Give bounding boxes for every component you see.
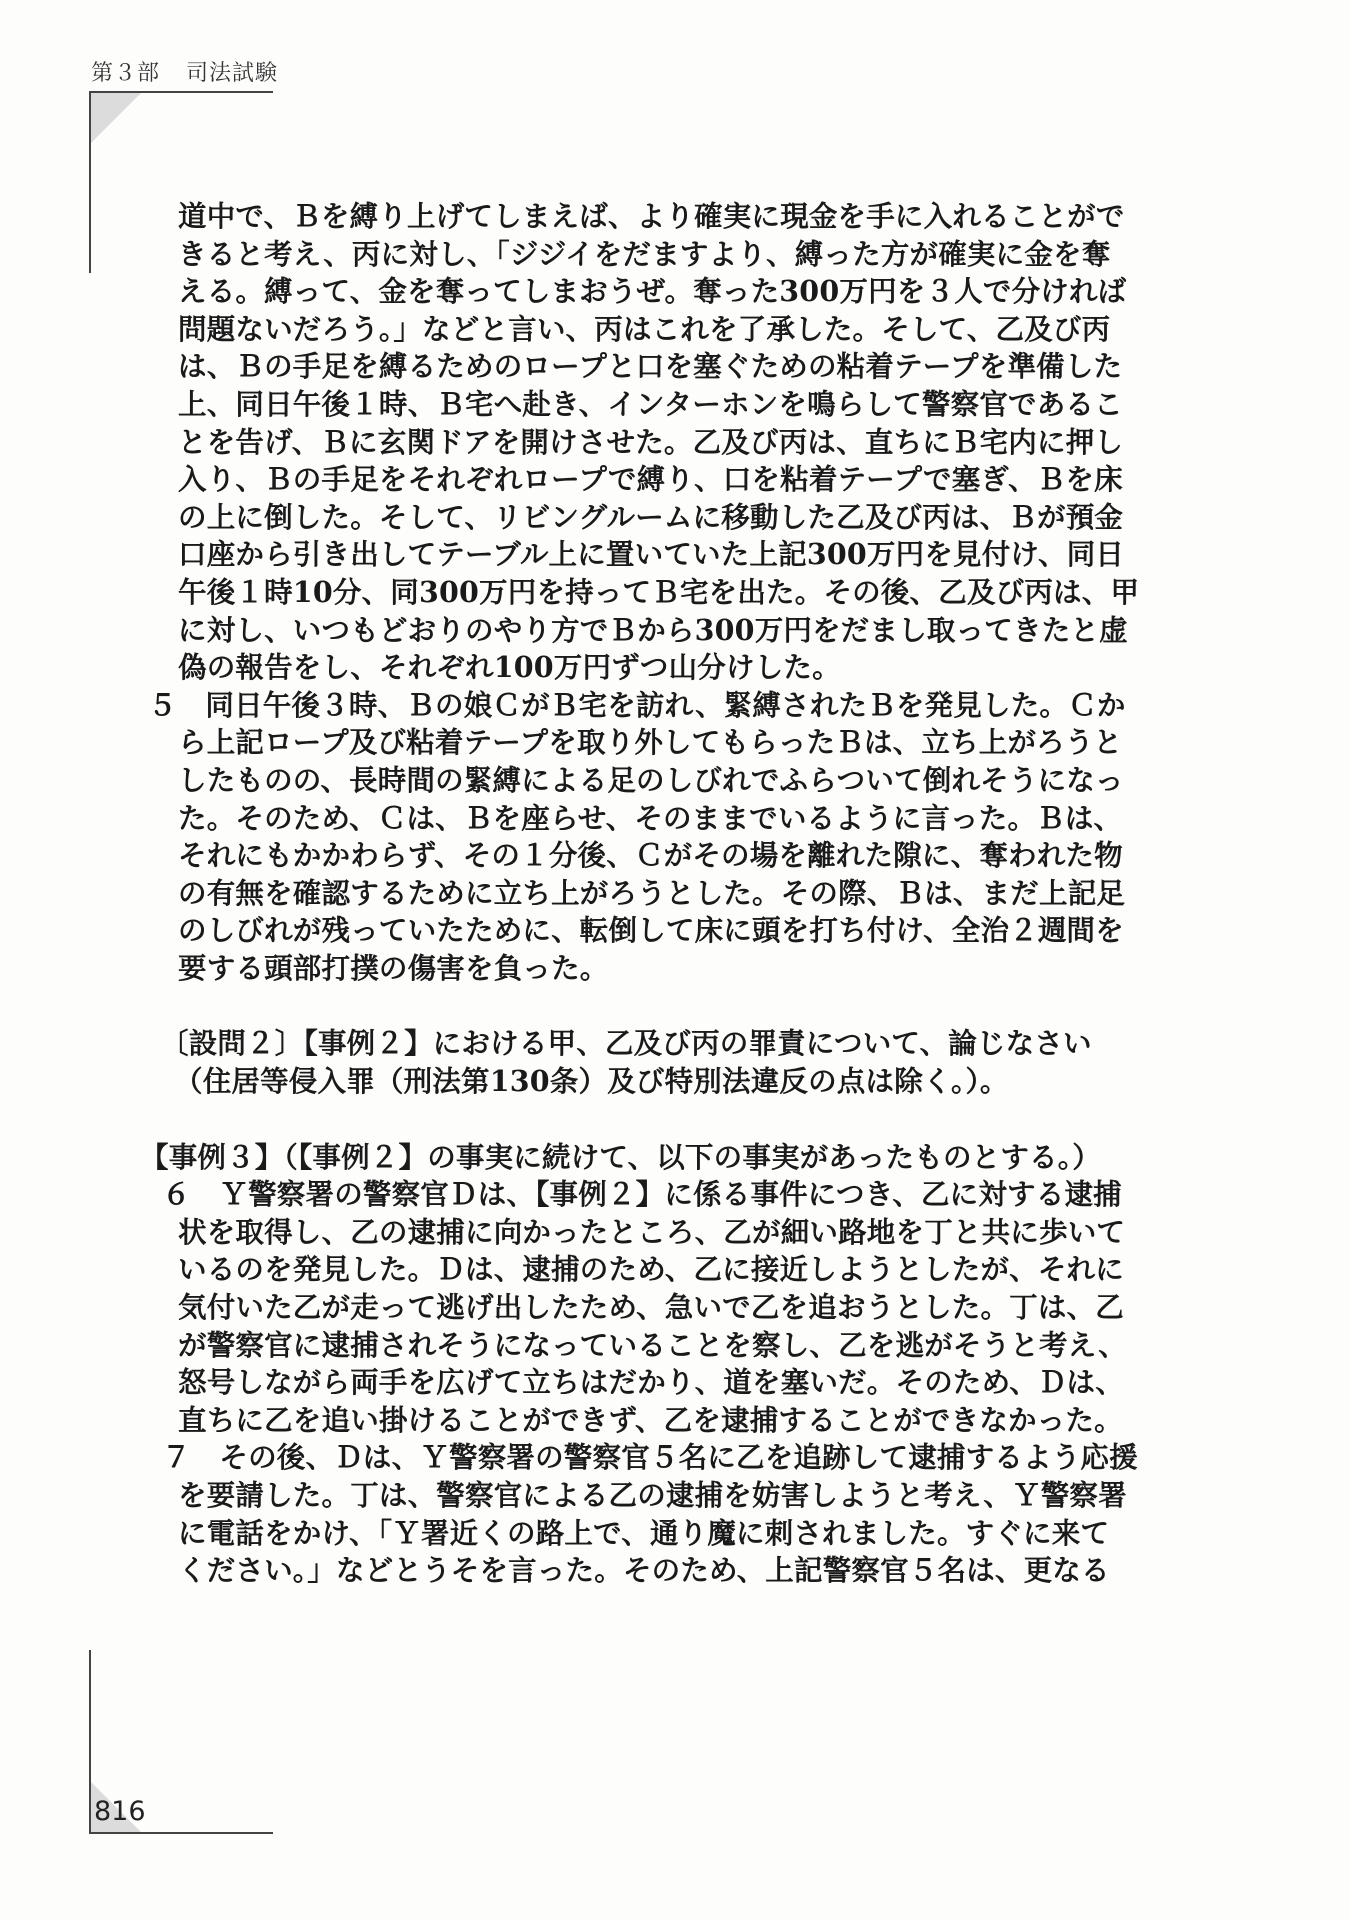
- text-line: は、Ｂの手足を縛るためのロープと口を塞ぐための粘着テープを準備した: [178, 348, 1118, 386]
- text-line: したものの、長時間の緊縛による足のしびれでふらついて倒れそうになっ: [178, 762, 1118, 800]
- corner-triangle-top: [91, 93, 141, 143]
- text-line: 上、同日午後１時、Ｂ宅へ赴き、インターホンを鳴らして警察官であるこ: [178, 386, 1118, 424]
- paragraph-4-continued: 道中で、Ｂを縛り上げてしまえば、より確実に現金を手に入れることがで きると考え、…: [178, 198, 1118, 687]
- text-span: 同日午後３時、Ｂの娘ＣがＢ宅を訪れ、緊縛されたＢを発見した。Ｃか: [205, 688, 1125, 722]
- text-span: 【事例２】における甲、乙及び丙の罪責について、論じなさい: [304, 1026, 1092, 1060]
- text-line: ７ その後、Ｄは、Ｙ警察署の警察官５名に乙を追跡して逮捕するよう応援: [162, 1439, 1118, 1477]
- text-line: の有無を確認するために立ち上がろうとした。その際、Ｂは、まだ上記足: [178, 875, 1118, 913]
- text-line: 午後１時10分、同300万円を持ってＢ宅を出た。その後、乙及び丙は、甲: [178, 574, 1118, 612]
- paragraph-number: ７: [162, 1440, 191, 1474]
- text-line: に電話をかけ、「Ｙ署近くの路上で、通り魔に刺されました。すぐに来て: [178, 1515, 1118, 1553]
- text-line: ６ Ｙ警察署の警察官Ｄは、【事例２】に係る事件につき、乙に対する逮捕: [162, 1176, 1118, 1214]
- footer-rule: [89, 1832, 273, 1834]
- text-line: とを告げ、Ｂに玄関ドアを開けさせた。乙及び丙は、直ちにＢ宅内に押し: [178, 424, 1118, 462]
- section-title: 司法試験: [186, 61, 278, 86]
- text-line: た。そのため、Ｃは、Ｂを座らせ、そのままでいるように言った。Ｂは、: [178, 800, 1118, 838]
- text-line: 状を取得し、乙の逮捕に向かったところ、乙が細い路地を丁と共に歩いて: [178, 1214, 1118, 1252]
- part-label: 第３部: [91, 61, 160, 86]
- question-2: 〔設問２〕【事例２】における甲、乙及び丙の罪責について、論じなさい （住居等侵入…: [178, 1025, 1118, 1100]
- text-line: 怒号しながら両手を広げて立ちはだかり、道を塞いだ。そのため、Ｄは、: [178, 1364, 1118, 1402]
- text-line: 〔設問２〕【事例２】における甲、乙及び丙の罪責について、論じなさい: [160, 1025, 1118, 1063]
- text-line: が警察官に逮捕されそうになっていることを察し、乙を逃がそうと考え、: [178, 1327, 1118, 1365]
- spacer: [178, 987, 1118, 1025]
- case-3: 【事例３】（【事例２】の事実に続けて、以下の事実があったものとする。） ６ Ｙ警…: [178, 1139, 1118, 1590]
- text-line: 要する頭部打撲の傷害を負った。: [178, 950, 1118, 988]
- text-line: ら上記ロープ及び粘着テープを取り外してもらったＢは、立ち上がろうと: [178, 724, 1118, 762]
- text-span: Ｙ警察署の警察官Ｄは、【事例２】に係る事件につき、乙に対する逮捕: [219, 1177, 1121, 1211]
- text-line: 道中で、Ｂを縛り上げてしまえば、より確実に現金を手に入れることがで: [178, 198, 1118, 236]
- text-line: 問題ないだろう。」などと言い、丙はこれを了承した。そして、乙及び丙: [178, 311, 1118, 349]
- text-line: える。縛って、金を奪ってしまおうぜ。奪った300万円を３人で分ければ: [178, 273, 1118, 311]
- paragraph-5: ５ 同日午後３時、Ｂの娘ＣがＢ宅を訪れ、緊縛されたＢを発見した。Ｃか ら上記ロー…: [178, 687, 1118, 988]
- paragraph-number: ６: [162, 1177, 191, 1211]
- text-line: きると考え、丙に対し、「ジジイをだますより、縛った方が確実に金を奪: [178, 236, 1118, 274]
- running-head: 第３部司法試験: [91, 56, 278, 87]
- text-line: 気付いた乙が走って逃げ出したため、急いで乙を追おうとした。丁は、乙: [178, 1289, 1118, 1327]
- text-line: いるのを発見した。Ｄは、逮捕のため、乙に接近しようとしたが、それに: [178, 1251, 1118, 1289]
- text-line: 入り、Ｂの手足をそれぞれロープで縛り、口を粘着テープで塞ぎ、Ｂを床: [178, 461, 1118, 499]
- text-line: （住居等侵入罪（刑法第130条）及び特別法違反の点は除く。）。: [174, 1063, 1118, 1101]
- text-line: 偽の報告をし、それぞれ100万円ずつ山分けした。: [178, 649, 1118, 687]
- paragraph-number: ５: [148, 688, 177, 722]
- text-line: ください。」などとうそを言った。そのため、上記警察官５名は、更なる: [178, 1552, 1118, 1590]
- text-span: その後、Ｄは、Ｙ警察署の警察官５名に乙を追跡して逮捕するよう応援: [219, 1440, 1137, 1474]
- text-line: それにもかかわらず、その１分後、Ｃがその場を離れた隙に、奪われた物: [178, 837, 1118, 875]
- text-line: のしびれが残っていたために、転倒して床に頭を打ち付け、全治２週間を: [178, 912, 1118, 950]
- text-line: を要請した。丁は、警察官による乙の逮捕を妨害しようと考え、Ｙ警察署: [178, 1477, 1118, 1515]
- text-line: ５ 同日午後３時、Ｂの娘ＣがＢ宅を訪れ、緊縛されたＢを発見した。Ｃか: [148, 687, 1118, 725]
- case-heading: 【事例３】（【事例２】の事実に続けて、以下の事実があったものとする。）: [140, 1139, 1118, 1177]
- question-label: 〔設問２〕: [160, 1026, 304, 1060]
- text-line: に対し、いつもどおりのやり方でＢから300万円をだまし取ってきたと虚: [178, 612, 1118, 650]
- spacer: [178, 1101, 1118, 1139]
- text-line: 直ちに乙を追い掛けることができず、乙を逮捕することができなかった。: [178, 1402, 1118, 1440]
- text-line: 口座から引き出してテーブル上に置いていた上記300万円を見付け、同日: [178, 536, 1118, 574]
- page-number: 816: [94, 1796, 146, 1827]
- body-text: 道中で、Ｂを縛り上げてしまえば、より確実に現金を手に入れることがで きると考え、…: [178, 198, 1118, 1590]
- text-line: の上に倒した。そして、リビングルームに移動した乙及び丙は、Ｂが預金: [178, 499, 1118, 537]
